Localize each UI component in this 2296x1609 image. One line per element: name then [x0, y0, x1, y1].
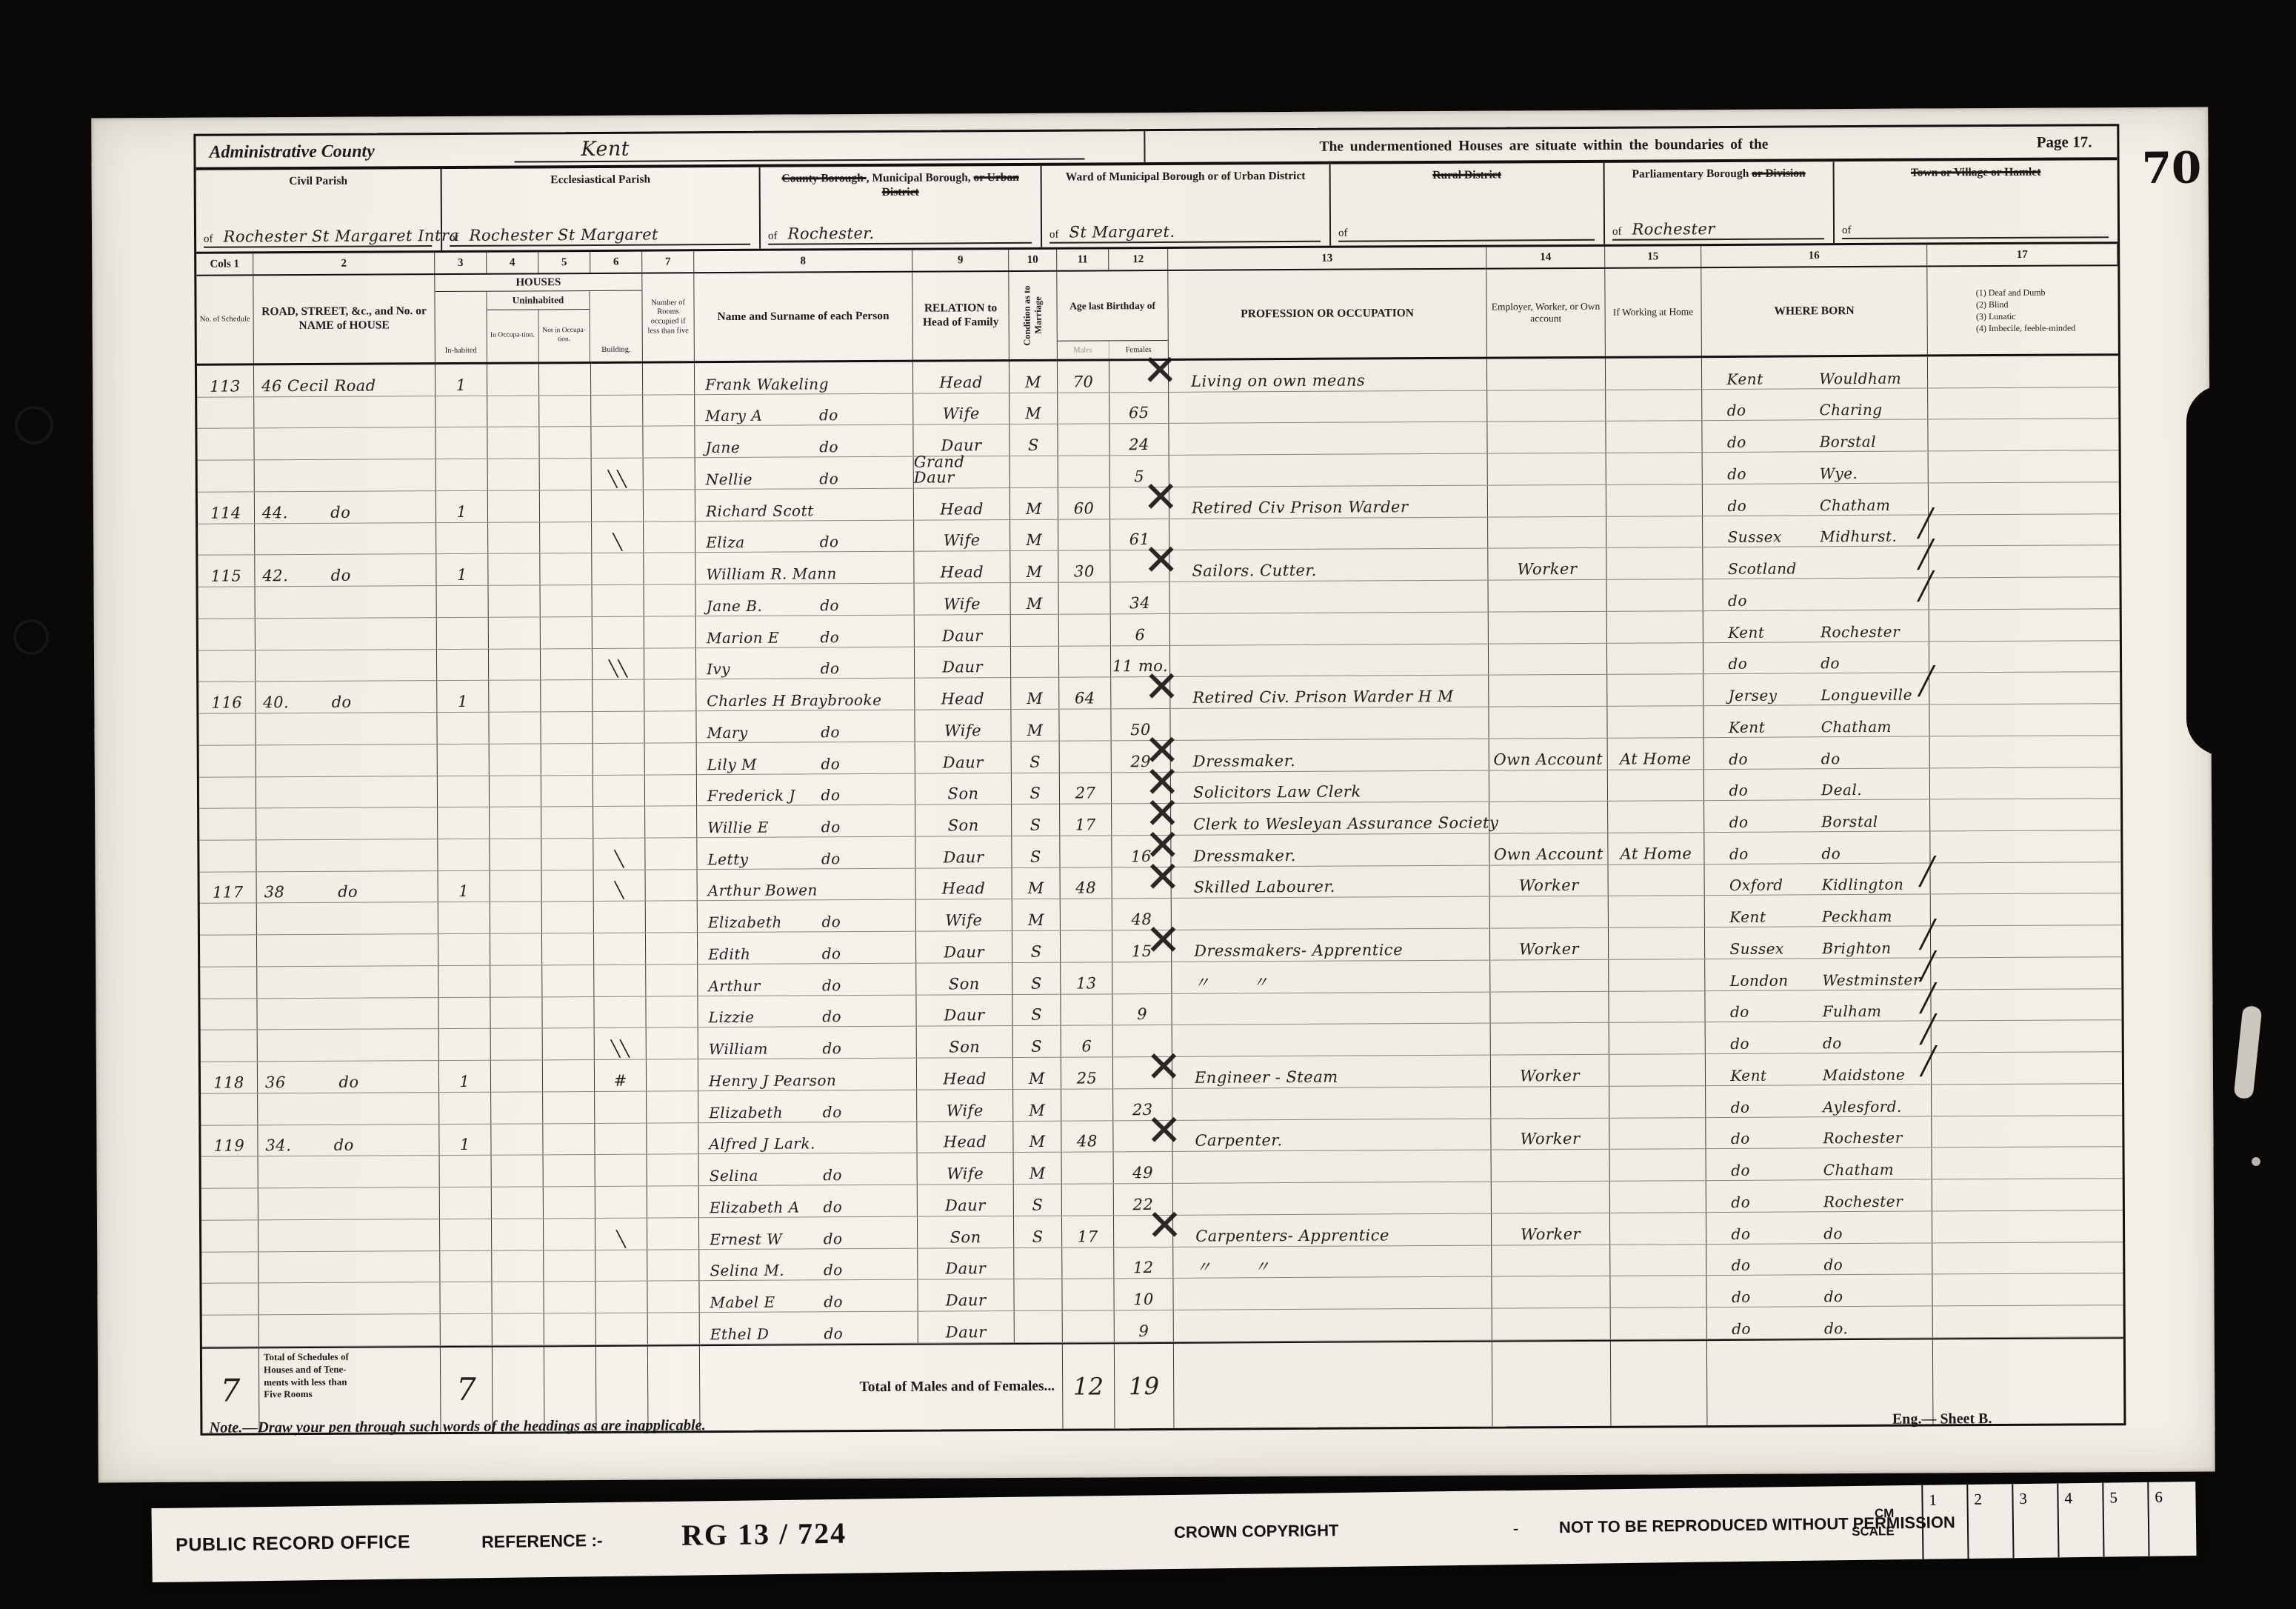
not-in-occupation-cell	[543, 1028, 595, 1059]
born-place: Aylesford.	[1823, 1099, 1902, 1114]
at-home-cell	[1606, 484, 1703, 516]
name-cell: Mary A do	[695, 393, 913, 425]
person-name: William R. Mann	[695, 566, 837, 582]
born-county: do	[1729, 815, 1749, 830]
scale-mark-3: 3	[2012, 1483, 2058, 1558]
relation-cell: Daur	[918, 1185, 1014, 1216]
in-occupation-cell	[490, 807, 541, 839]
schedule-cell	[201, 1188, 258, 1219]
born-county: Kent	[1729, 719, 1765, 734]
schedule-cell: 116	[198, 682, 256, 713]
not-in-occupation-cell	[544, 1250, 595, 1282]
houses-header-group: HOUSES In-habited Uninhabited In Occupa-…	[435, 274, 643, 362]
district-value: Rochester St Margaret Intra	[223, 226, 458, 247]
occupation-cell: ✕	[1170, 707, 1489, 740]
scale-mark-5: 5	[2102, 1482, 2148, 1557]
infirmity-cell: ╱	[1929, 482, 2119, 514]
ditto-mark: do	[821, 787, 841, 802]
uninhabited-header-group: Uninhabited In Occupa-tion. Not in Occup…	[487, 291, 590, 362]
condition-cell	[1010, 456, 1058, 487]
condition-cell: M	[1013, 1090, 1061, 1121]
in-occupation-cell	[488, 459, 540, 490]
born-cell: do Borstal	[1702, 420, 1928, 452]
person-name: Marion E	[696, 630, 779, 645]
relation-cell: Daur	[918, 1248, 1014, 1279]
name-cell: Marion E do	[696, 616, 915, 647]
district-box: Rural District of	[1331, 163, 1606, 246]
infirmity-cell: ╱	[1929, 641, 2120, 673]
relation-cell: Wife	[917, 1090, 1013, 1121]
infirmity-cell: ╱	[1929, 546, 2119, 578]
name-cell: Ivy do	[696, 647, 915, 679]
infirmity-cell: ╱	[1928, 419, 2118, 451]
relation-cell: Wife	[915, 583, 1011, 614]
name-cell: Mabel E do	[699, 1280, 918, 1312]
scale-mark-4: 4	[2057, 1483, 2103, 1558]
building-cell: ╲	[594, 870, 646, 901]
occupation-text: Dressmaker.	[1193, 848, 1295, 865]
occupation-cell: ✕ Retired Civ Prison Warder	[1169, 486, 1488, 519]
occupation-text: Skilled Labourer.	[1194, 879, 1335, 896]
occupation-text: Clerk to Wesleyan Assurance Society	[1193, 816, 1498, 833]
rooms-cell	[647, 1282, 699, 1313]
occupation-cell: ✕	[1174, 1309, 1492, 1342]
page-number: Page 17.	[2037, 133, 2092, 151]
born-cell: do do	[1704, 736, 1930, 768]
inhabited-cell	[440, 1156, 492, 1187]
rooms-cell	[643, 427, 695, 458]
relation-cell: Wife	[914, 520, 1010, 551]
condition-header-cell: Condition as to Marriage	[1009, 272, 1058, 359]
schedule-cell	[200, 999, 257, 1030]
not-in-occupation-cell	[540, 522, 592, 553]
person-name: William	[698, 1042, 768, 1056]
condition-header: Condition as to Marriage	[1021, 273, 1044, 358]
building-cell	[591, 364, 643, 395]
employer-cell	[1490, 896, 1609, 928]
inhabited-header: In-habited	[435, 292, 487, 362]
tick-mark: ╱	[1920, 1017, 1937, 1044]
born-cell: do Rochester	[1706, 1180, 1932, 1212]
condition-cell: M	[1010, 551, 1058, 582]
archive-footer-strip: PUBLIC RECORD OFFICE REFERENCE :- RG 13 …	[151, 1482, 2196, 1582]
person-name: Mary	[696, 725, 747, 740]
employer-cell	[1489, 612, 1607, 644]
at-home-header: If Working at Home	[1605, 268, 1702, 356]
infirmity-item-1: (1) Deaf and Dumb	[1976, 286, 2075, 299]
condition-cell	[1014, 1279, 1062, 1310]
census-scan: 70 Administrative County Kent The underm…	[0, 0, 2296, 1609]
person-name: Eliza	[695, 535, 744, 550]
born-place: Longueville	[1821, 687, 1912, 703]
in-occupation-cell	[491, 1029, 543, 1060]
infirmity-cell: ╱	[1929, 514, 2119, 546]
inhabited-cell	[437, 713, 489, 744]
schedule-cell	[199, 745, 256, 776]
employer-cell	[1491, 1087, 1609, 1119]
not-in-occupation-cell	[540, 459, 592, 490]
not-in-occupation-cell	[539, 396, 591, 427]
infirmity-cell: ╱	[1930, 862, 2120, 894]
ditto-mark: do	[821, 662, 840, 676]
age-male-cell	[1061, 1089, 1113, 1120]
relation-cell: Head	[917, 1122, 1013, 1153]
at-home-cell	[1606, 358, 1702, 389]
colnum-2: 2	[253, 253, 435, 274]
binder-ring-artifact	[15, 406, 53, 444]
relation-cell: Head	[916, 868, 1012, 899]
occupation-text: Dressmakers- Apprentice	[1194, 942, 1403, 959]
district-label: Town or Village or Hamlet	[1911, 166, 2040, 179]
person-name: Charles H Braybrooke	[696, 693, 881, 708]
relation-cell: Daur	[915, 742, 1012, 773]
infirmity-cell: ╱	[1929, 577, 2119, 609]
schedule-cell	[201, 1157, 258, 1188]
rooms-cell	[646, 870, 698, 901]
at-home-cell	[1609, 991, 1705, 1022]
not-in-occupation-cell	[543, 1124, 595, 1155]
condition-cell	[1014, 1247, 1062, 1279]
district-box: Ward of Municipal Borough or of Urban Di…	[1042, 164, 1332, 247]
condition-cell: M	[1014, 1153, 1062, 1184]
occupation-cell: ✕	[1172, 992, 1490, 1025]
relation-cell: Son	[916, 963, 1012, 994]
born-place: Rochester	[1823, 1130, 1902, 1146]
born-cell: Kent Maidstone	[1706, 1053, 1932, 1085]
occupation-cell: ✕ Carpenters- Apprentice	[1173, 1213, 1492, 1246]
occupation-cell: ✕	[1173, 1150, 1492, 1183]
born-cell: do do	[1706, 1275, 1932, 1307]
born-place: do	[1823, 1257, 1843, 1272]
born-county: Kent	[1726, 371, 1763, 386]
name-cell: Mary do	[696, 710, 915, 742]
building-cell	[593, 807, 645, 838]
person-name: Lizzie	[698, 1010, 755, 1025]
occupation-cell: ✕ Skilled Labourer.	[1172, 865, 1490, 898]
born-place: Chatham	[1823, 1162, 1895, 1177]
scan-edge-artifact	[2186, 385, 2228, 756]
relation-cell: Son	[917, 1026, 1013, 1057]
ditto-mark: do	[821, 724, 840, 739]
born-place: do	[1824, 1289, 1843, 1304]
born-cell: Sussex Midhurst.	[1703, 515, 1929, 547]
of-label: of	[1049, 228, 1069, 242]
road-cell: 36 do	[258, 1061, 439, 1093]
road-cell	[258, 1093, 439, 1125]
in-occupation-cell	[492, 1250, 544, 1282]
age-male-cell	[1059, 646, 1111, 677]
name-cell: William do	[698, 1027, 917, 1059]
ditto-mark: do	[824, 1231, 843, 1246]
rooms-cell	[647, 1155, 699, 1186]
age-male-cell: 48	[1061, 1121, 1113, 1152]
born-county: do	[1727, 435, 1746, 450]
relation-cell: Wife	[915, 710, 1011, 741]
of-label: of	[1612, 225, 1632, 239]
inhabited-cell	[439, 1029, 491, 1060]
rooms-cell	[646, 996, 698, 1027]
in-occupation-cell	[490, 776, 541, 807]
name-cell: Elizabeth do	[698, 1090, 917, 1122]
district-label: Parliamentary Borough or Division	[1632, 167, 1806, 180]
rooms-cell	[644, 458, 695, 489]
born-cell: do do	[1703, 642, 1929, 673]
not-in-occupation-cell	[541, 680, 593, 711]
rooms-cell	[644, 490, 695, 521]
district-box: Parliamentary Borough or Division of Roc…	[1605, 161, 1835, 244]
in-occupation-cell	[490, 839, 541, 870]
occupation-text: Living on own means	[1191, 373, 1365, 389]
rooms-cell	[646, 965, 698, 996]
born-place: do.	[1824, 1321, 1848, 1336]
infirmity-cell: ╱	[1929, 673, 2120, 704]
born-place: Wye.	[1820, 466, 1858, 481]
rooms-cell	[644, 553, 695, 584]
occupation-cell: ✕ Solicitors Law Clerk	[1171, 770, 1489, 803]
employer-cell	[1488, 580, 1606, 612]
building-cell: ╲╲	[592, 459, 644, 490]
strike-x-mark: ✕	[1144, 665, 1180, 708]
at-home-cell	[1606, 422, 1702, 453]
person-name: Willie E	[697, 820, 769, 836]
infirmity-cell: ╱	[1931, 894, 2121, 926]
age-male-cell	[1058, 519, 1110, 550]
inhabited-cell	[440, 1187, 492, 1219]
infirmity-cell: ╱	[1930, 830, 2120, 862]
inhabited-cell	[438, 744, 490, 776]
building-cell: ╲	[593, 839, 645, 870]
ditto-mark: do	[820, 630, 839, 644]
building-cell: ╲	[592, 522, 644, 553]
infirmity-cell: ╱	[1932, 1210, 2123, 1242]
relation-cell: Son	[915, 773, 1012, 804]
road-cell	[256, 776, 438, 808]
age-female-cell: 9	[1112, 994, 1172, 1025]
colnum-9: 9	[912, 250, 1009, 271]
employer-cell: Worker	[1488, 548, 1606, 580]
of-label: of	[1842, 224, 1862, 238]
occupation-text: Dressmaker.	[1193, 753, 1295, 770]
district-value-line: of Rochester St Margaret	[450, 224, 750, 247]
inhabited-cell	[435, 427, 487, 459]
table-rows: 113 46 Cecil Road 1 Frank Wakeling Head …	[197, 356, 2123, 1347]
occupation-text: Solicitors Law Clerk	[1193, 784, 1361, 801]
born-cell: do Deal.	[1704, 768, 1930, 800]
at-home-cell: At Home	[1608, 833, 1704, 864]
age-female-cell: 65	[1109, 393, 1169, 424]
colnum-10: 10	[1009, 250, 1057, 270]
infirmity-cell: ╱	[1931, 925, 2121, 957]
district-value: St Margaret.	[1069, 222, 1175, 242]
occupation-cell: ✕	[1169, 581, 1488, 613]
condition-cell: M	[1011, 678, 1059, 709]
at-home-cell: At Home	[1608, 738, 1704, 769]
name-cell: Frank Wakeling	[695, 362, 913, 394]
age-male-cell: 48	[1061, 867, 1112, 899]
tick-mark: ╱	[1919, 859, 1935, 885]
occupation-cell: ✕	[1169, 454, 1488, 487]
condition-cell: S	[1012, 931, 1061, 962]
born-county: do	[1727, 467, 1746, 482]
road-cell	[258, 1219, 440, 1251]
road-cell	[259, 1314, 441, 1346]
occupation-cell: ✕ Retired Civ. Prison Warder H M	[1170, 676, 1489, 708]
not-in-occupation-cell	[543, 1060, 595, 1091]
relation-cell: Head	[915, 678, 1011, 709]
infirmity-cell: ╱	[1928, 387, 2118, 419]
district-label: County Borough , Municipal Borough, or U…	[781, 171, 1019, 199]
road-cell	[257, 966, 438, 998]
strike-x-mark: ✕	[1145, 919, 1181, 962]
person-name: Nellie	[695, 472, 752, 487]
cm-scale-label: CM SCALE	[1852, 1505, 1895, 1540]
relation-cell: Grand Daur	[914, 456, 1010, 487]
relation-cell: Daur	[915, 647, 1011, 678]
ditto-mark: do	[820, 598, 839, 613]
building-cell	[595, 1250, 647, 1281]
road-cell	[258, 1029, 439, 1061]
ditto-mark: do	[821, 851, 841, 866]
relation-cell: Wife	[913, 393, 1009, 424]
born-county: do	[1727, 498, 1746, 513]
born-county: do	[1730, 1005, 1749, 1019]
in-occupation-cell	[489, 712, 541, 743]
age-male-cell: 27	[1060, 773, 1112, 804]
age-female-cell: 49	[1114, 1152, 1173, 1183]
occupation-cell: ✕	[1172, 1087, 1491, 1120]
born-cell: Oxford Kidlington	[1705, 863, 1931, 895]
of-label: of	[450, 231, 470, 245]
born-place: Rochester	[1823, 1194, 1903, 1210]
condition-cell	[1015, 1311, 1063, 1342]
employer-cell	[1492, 1276, 1610, 1308]
road-cell	[258, 1282, 440, 1314]
schedule-cell: 118	[201, 1062, 258, 1093]
age-male-cell	[1062, 1153, 1114, 1184]
born-cell: do Wye.	[1703, 452, 1929, 484]
employer-cell	[1489, 770, 1608, 802]
name-cell: Arthur Bowen	[698, 868, 916, 900]
schedule-cell	[198, 587, 256, 618]
not-in-occupation-cell	[541, 712, 593, 743]
born-place: Borstal	[1820, 434, 1877, 449]
note-text: Note.—Draw your pen through such words o…	[209, 1417, 705, 1436]
schedule-cell: 115	[198, 556, 255, 587]
age-male-cell: 64	[1059, 678, 1111, 709]
born-cell: Scotland	[1703, 547, 1929, 579]
at-home-cell	[1610, 1181, 1706, 1212]
schedule-cell	[198, 650, 256, 682]
schedule-cell	[198, 524, 255, 555]
born-place: do	[1823, 1226, 1843, 1241]
born-county: do	[1728, 593, 1747, 608]
age-male-cell	[1062, 1279, 1114, 1310]
age-female-cell: 9	[1115, 1310, 1174, 1342]
inhabited-cell: 1	[436, 554, 488, 585]
schedule-cell	[197, 397, 254, 428]
ditto-mark: do	[823, 1105, 842, 1119]
road-cell: 42. do	[255, 554, 436, 586]
district-value-line: of Rochester St Margaret Intra	[204, 226, 432, 248]
at-home-cell	[1606, 516, 1703, 547]
at-home-cell	[1609, 1054, 1706, 1085]
not-in-occupation-cell	[542, 933, 594, 965]
rooms-cell	[647, 1250, 699, 1281]
colnum-13: 13	[1168, 247, 1486, 270]
born-county: London	[1730, 973, 1789, 987]
building-cell	[595, 1282, 647, 1313]
at-home-cell	[1610, 1149, 1706, 1180]
occupation-text: 〃 〃	[1194, 975, 1269, 991]
born-county: do	[1731, 1195, 1750, 1210]
occupation-cell: ✕ Dressmakers- Apprentice	[1172, 929, 1490, 962]
infirmity-cell: ╱	[1933, 1305, 2123, 1337]
schedule-cell: 117	[200, 872, 257, 903]
name-cell: William R. Mann	[695, 552, 914, 584]
schedule-cell	[198, 713, 256, 744]
tick-mark: ╱	[1918, 574, 1934, 601]
born-place: Chatham	[1820, 497, 1891, 512]
person-name: Letty	[697, 852, 748, 867]
occupation-cell: ✕ Living on own means	[1169, 359, 1487, 392]
person-name: Ernest W	[699, 1231, 782, 1247]
born-cell: do Borstal	[1704, 800, 1930, 832]
ditto-mark: do	[823, 1167, 842, 1182]
employer-cell	[1489, 643, 1607, 675]
born-county: do	[1729, 751, 1748, 766]
schedule-cell	[200, 936, 257, 967]
relation-cell: Head	[917, 1058, 1013, 1089]
name-cell: Selina do	[699, 1153, 918, 1185]
condition-cell: S	[1009, 424, 1058, 456]
colnum-8: 8	[694, 250, 912, 273]
not-in-occupation-cell	[541, 585, 593, 616]
schedule-cell: 119	[201, 1125, 258, 1156]
road-cell	[256, 744, 438, 776]
district-box: Ecclesiastical Parish of Rochester St Ma…	[442, 167, 761, 250]
inhabited-cell	[438, 902, 490, 933]
person-name: Selina M.	[699, 1263, 784, 1279]
employer-cell	[1492, 1308, 1611, 1340]
colnum-16: 16	[1701, 245, 1927, 267]
age-male-cell	[1059, 709, 1111, 740]
age-male-cell: 13	[1061, 962, 1112, 993]
born-county: do	[1732, 1322, 1751, 1336]
born-county: do	[1731, 1163, 1750, 1178]
of-label: of	[1338, 227, 1358, 241]
scale-mark-1: 1	[1921, 1485, 1967, 1559]
not-in-occupation-cell	[544, 1219, 595, 1250]
building-cell	[594, 965, 646, 996]
not-in-occupation-cell	[539, 427, 591, 458]
person-name: Edith	[698, 947, 750, 962]
not-in-occupation-cell	[543, 1092, 595, 1123]
administrative-county-label: Administrative County	[209, 141, 375, 162]
age-male-cell	[1058, 393, 1109, 424]
name-cell: Willie E do	[697, 805, 915, 837]
road-cell: 34. do	[258, 1125, 439, 1156]
road-cell: 46 Cecil Road	[254, 364, 435, 396]
relation-cell: Daur	[913, 424, 1009, 456]
born-place: Borstal	[1821, 814, 1878, 829]
road-cell	[256, 807, 438, 839]
road-cell	[256, 839, 438, 871]
houses-header: HOUSES	[435, 274, 641, 292]
infirmity-cell: ╱	[1932, 1273, 2123, 1305]
name-cell: Frederick J do	[697, 773, 915, 805]
relation-cell: Wife	[918, 1153, 1014, 1184]
of-label: of	[204, 233, 224, 247]
